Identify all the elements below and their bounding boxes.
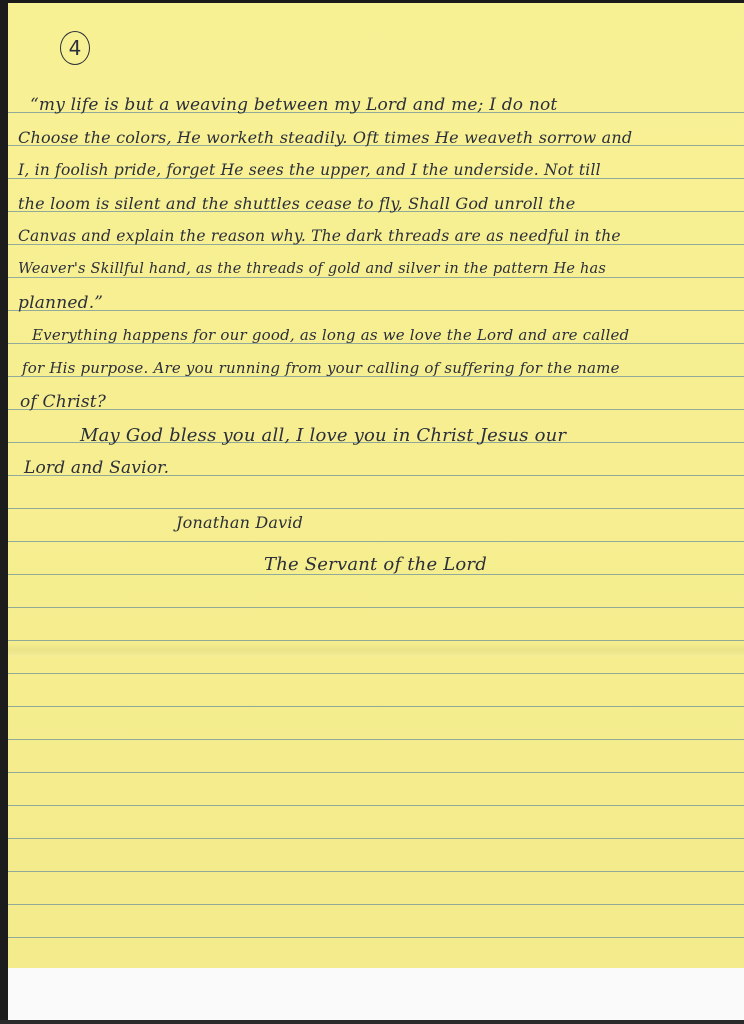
ruled-line bbox=[8, 508, 744, 509]
letter-line-10: of Christ? bbox=[20, 394, 106, 411]
letter-line-1: “my life is but a weaving between my Lor… bbox=[30, 97, 557, 114]
letter-line-2: Choose the colors, He worketh steadily. … bbox=[18, 130, 632, 146]
page-number: 4 bbox=[60, 31, 90, 65]
ruled-line bbox=[8, 838, 744, 839]
letter-line-8: Everything happens for our good, as long… bbox=[32, 328, 629, 343]
paper-fold bbox=[8, 643, 744, 657]
ruled-line bbox=[8, 310, 744, 311]
ruled-line bbox=[8, 904, 744, 905]
letter-line-9: for His purpose. Are you running from yo… bbox=[22, 361, 620, 376]
legal-pad-page: 4 “my life is but a weaving between my L… bbox=[8, 3, 744, 968]
ruled-line bbox=[8, 937, 744, 938]
letter-line-4: the loom is silent and the shuttles ceas… bbox=[18, 196, 575, 212]
ruled-line bbox=[8, 772, 744, 773]
ruled-line bbox=[8, 541, 744, 542]
scan-left-edge bbox=[0, 0, 8, 1024]
letter-line-6: Weaver's Skillful hand, as the threads o… bbox=[18, 262, 606, 277]
letter-line-7: planned.” bbox=[18, 295, 103, 312]
signature-name: Jonathan David bbox=[176, 515, 303, 531]
scan-bottom-edge bbox=[0, 1020, 744, 1024]
ruled-line bbox=[8, 673, 744, 674]
ruled-line bbox=[8, 871, 744, 872]
ruled-line bbox=[8, 640, 744, 641]
letter-line-11: May God bless you all, I love you in Chr… bbox=[80, 427, 566, 445]
ruled-line bbox=[8, 607, 744, 608]
ruled-line bbox=[8, 739, 744, 740]
ruled-line bbox=[8, 805, 744, 806]
letter-line-5: Canvas and explain the reason why. The d… bbox=[18, 229, 621, 245]
letter-line-3: I, in foolish pride, forget He sees the … bbox=[18, 163, 601, 179]
signature-title: The Servant of the Lord bbox=[264, 556, 487, 574]
ruled-line bbox=[8, 277, 744, 278]
ruled-line bbox=[8, 409, 744, 410]
letter-line-12: Lord and Savior. bbox=[24, 460, 169, 477]
ruled-line bbox=[8, 706, 744, 707]
